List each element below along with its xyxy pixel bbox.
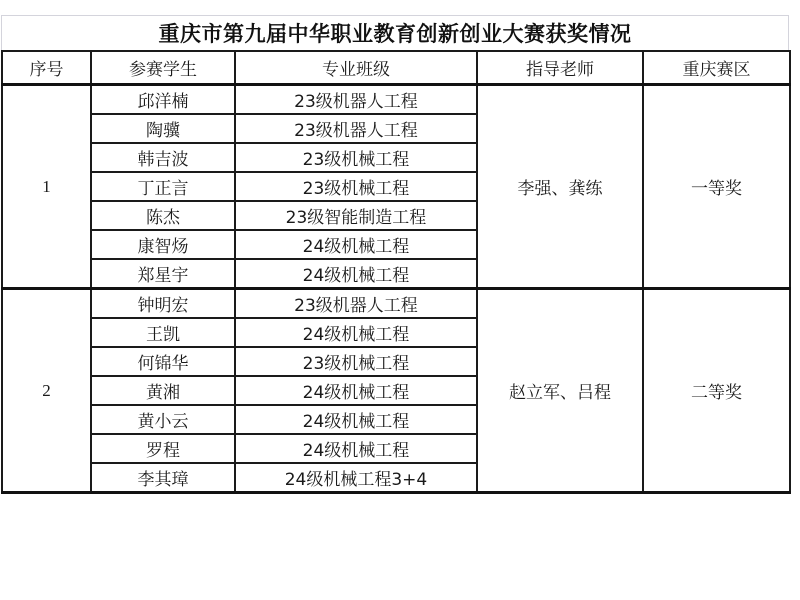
header-major: 专业班级 [235, 51, 477, 85]
group-advisor: 李强、龚练 [477, 85, 643, 289]
student-name: 陈杰 [91, 201, 235, 230]
student-major: 23级机器人工程 [235, 85, 477, 115]
student-name: 王凯 [91, 318, 235, 347]
student-name: 何锦华 [91, 347, 235, 376]
group-advisor: 赵立军、吕程 [477, 289, 643, 493]
header-row: 序号 参赛学生 专业班级 指导老师 重庆赛区 [2, 51, 790, 85]
student-major: 24级机械工程 [235, 405, 477, 434]
header-advisor: 指导老师 [477, 51, 643, 85]
header-region: 重庆赛区 [643, 51, 790, 85]
student-major: 23级机器人工程 [235, 289, 477, 319]
student-major: 24级机械工程 [235, 434, 477, 463]
table-title: 重庆市第九届中华职业教育创新创业大赛获奖情况 [1, 15, 789, 51]
student-name: 韩吉波 [91, 143, 235, 172]
student-name: 郑星宇 [91, 259, 235, 289]
student-name: 邱洋楠 [91, 85, 235, 115]
table-row: 2 钟明宏 23级机器人工程 赵立军、吕程 二等奖 [2, 289, 790, 319]
student-name: 丁正言 [91, 172, 235, 201]
student-name: 黄湘 [91, 376, 235, 405]
student-major: 24级机械工程3+4 [235, 463, 477, 493]
student-major: 23级机器人工程 [235, 114, 477, 143]
student-name: 李其璋 [91, 463, 235, 493]
student-name: 钟明宏 [91, 289, 235, 319]
student-name: 黄小云 [91, 405, 235, 434]
student-major: 24级机械工程 [235, 259, 477, 289]
awards-table: 序号 参赛学生 专业班级 指导老师 重庆赛区 1 邱洋楠 23级机器人工程 李强… [1, 50, 791, 494]
student-major: 23级机械工程 [235, 347, 477, 376]
student-name: 罗程 [91, 434, 235, 463]
group-seq: 1 [2, 85, 91, 289]
group-award: 二等奖 [643, 289, 790, 493]
student-name: 陶骥 [91, 114, 235, 143]
student-major: 24级机械工程 [235, 376, 477, 405]
student-name: 康智炀 [91, 230, 235, 259]
table-row: 1 邱洋楠 23级机器人工程 李强、龚练 一等奖 [2, 85, 790, 115]
student-major: 23级机械工程 [235, 143, 477, 172]
student-major: 24级机械工程 [235, 318, 477, 347]
group-seq: 2 [2, 289, 91, 493]
student-major: 24级机械工程 [235, 230, 477, 259]
header-student: 参赛学生 [91, 51, 235, 85]
student-major: 23级智能制造工程 [235, 201, 477, 230]
student-major: 23级机械工程 [235, 172, 477, 201]
header-seq: 序号 [2, 51, 91, 85]
group-award: 一等奖 [643, 85, 790, 289]
